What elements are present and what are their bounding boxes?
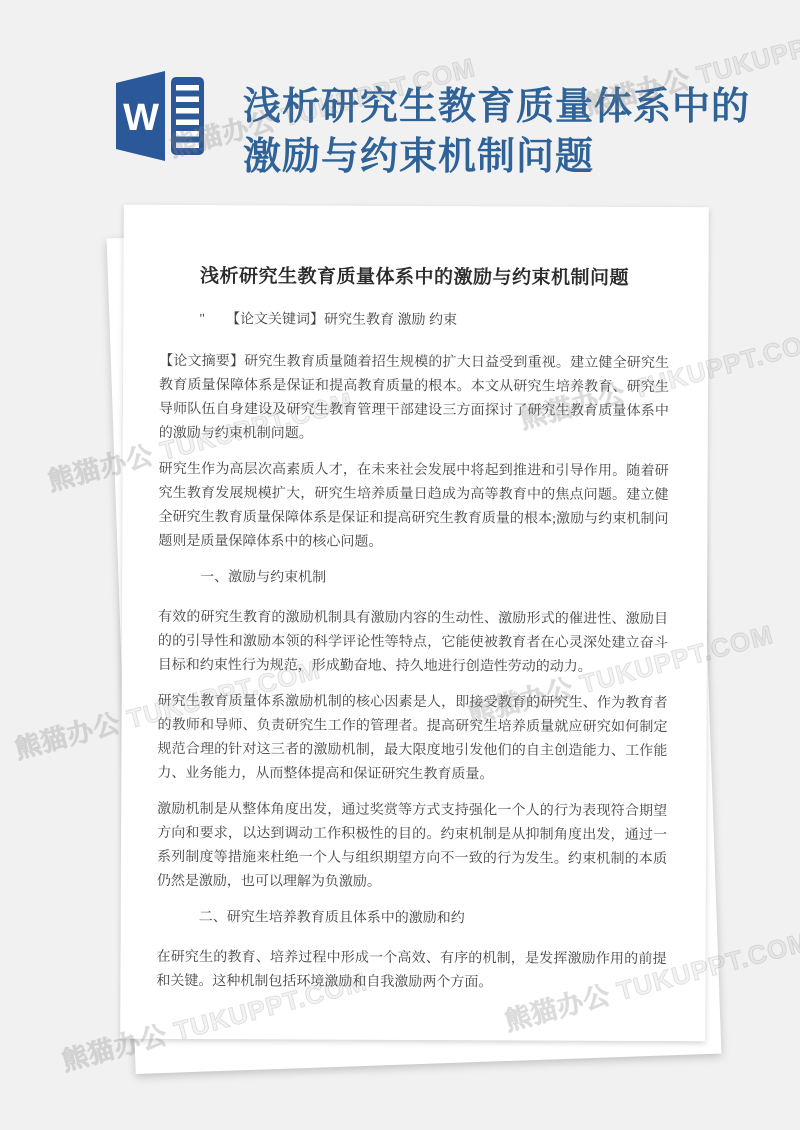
doc-section-heading: 一、激励与约束机制 <box>158 566 668 592</box>
document-page: 浅析研究生教育质量体系中的激励与约束机制问题 " 【论文关键词】研究生教育 激励… <box>120 205 709 1042</box>
word-file-icon: W <box>110 66 210 166</box>
doc-paragraph: 研究生作为高层次高素质人才，在未来社会发展中将起到推进和引导作用。随着研究生教育… <box>158 458 668 556</box>
doc-paragraph: 激励机制是从整体角度出发，通过奖赏等方式支持强化一个人的行为表现符合期望方向和要… <box>157 798 667 896</box>
page-header: W 浅析研究生教育质量体系中的激励与约束机制问题 <box>0 0 800 200</box>
header-title: 浅析研究生教育质量体系中的激励与约束机制问题 <box>243 82 753 182</box>
svg-text:W: W <box>123 97 159 139</box>
header-title-line: 浅析研究生教育质量体系中的 <box>243 82 753 132</box>
doc-title: 浅析研究生教育质量体系中的激励与约束机制问题 <box>159 261 669 290</box>
doc-paragraph: 在研究生的教育、培养过程中形成一个高效、有序的机制，是发挥激励作用的前提和关键。… <box>156 946 666 996</box>
document-content: 浅析研究生教育质量体系中的激励与约束机制问题 " 【论文关键词】研究生教育 激励… <box>120 205 708 997</box>
doc-keywords-line: " 【论文关键词】研究生教育 激励 约束 <box>159 308 669 334</box>
doc-paragraph: 【论文摘要】研究生教育质量随着招生规模的扩大日益受到重视。建立健全研究生教育质量… <box>159 350 669 448</box>
document-body: " 【论文关键词】研究生教育 激励 约束【论文摘要】研究生教育质量随着招生规模的… <box>156 308 669 996</box>
word-icon-graphic: W <box>110 66 210 166</box>
doc-paragraph: 有效的研究生教育的激励机制具有激励内容的生动性、激励形式的催进性、激励目的的引导… <box>158 606 668 680</box>
header-title-line: 激励与约束机制问题 <box>243 132 753 182</box>
doc-paragraph: 研究生教育质量体系激励机制的核心因素是人，即接受教育的研究生、作为教育者的教师和… <box>157 690 667 788</box>
doc-section-heading: 二、研究生培养教育质且体系中的激励和约 <box>157 906 667 932</box>
